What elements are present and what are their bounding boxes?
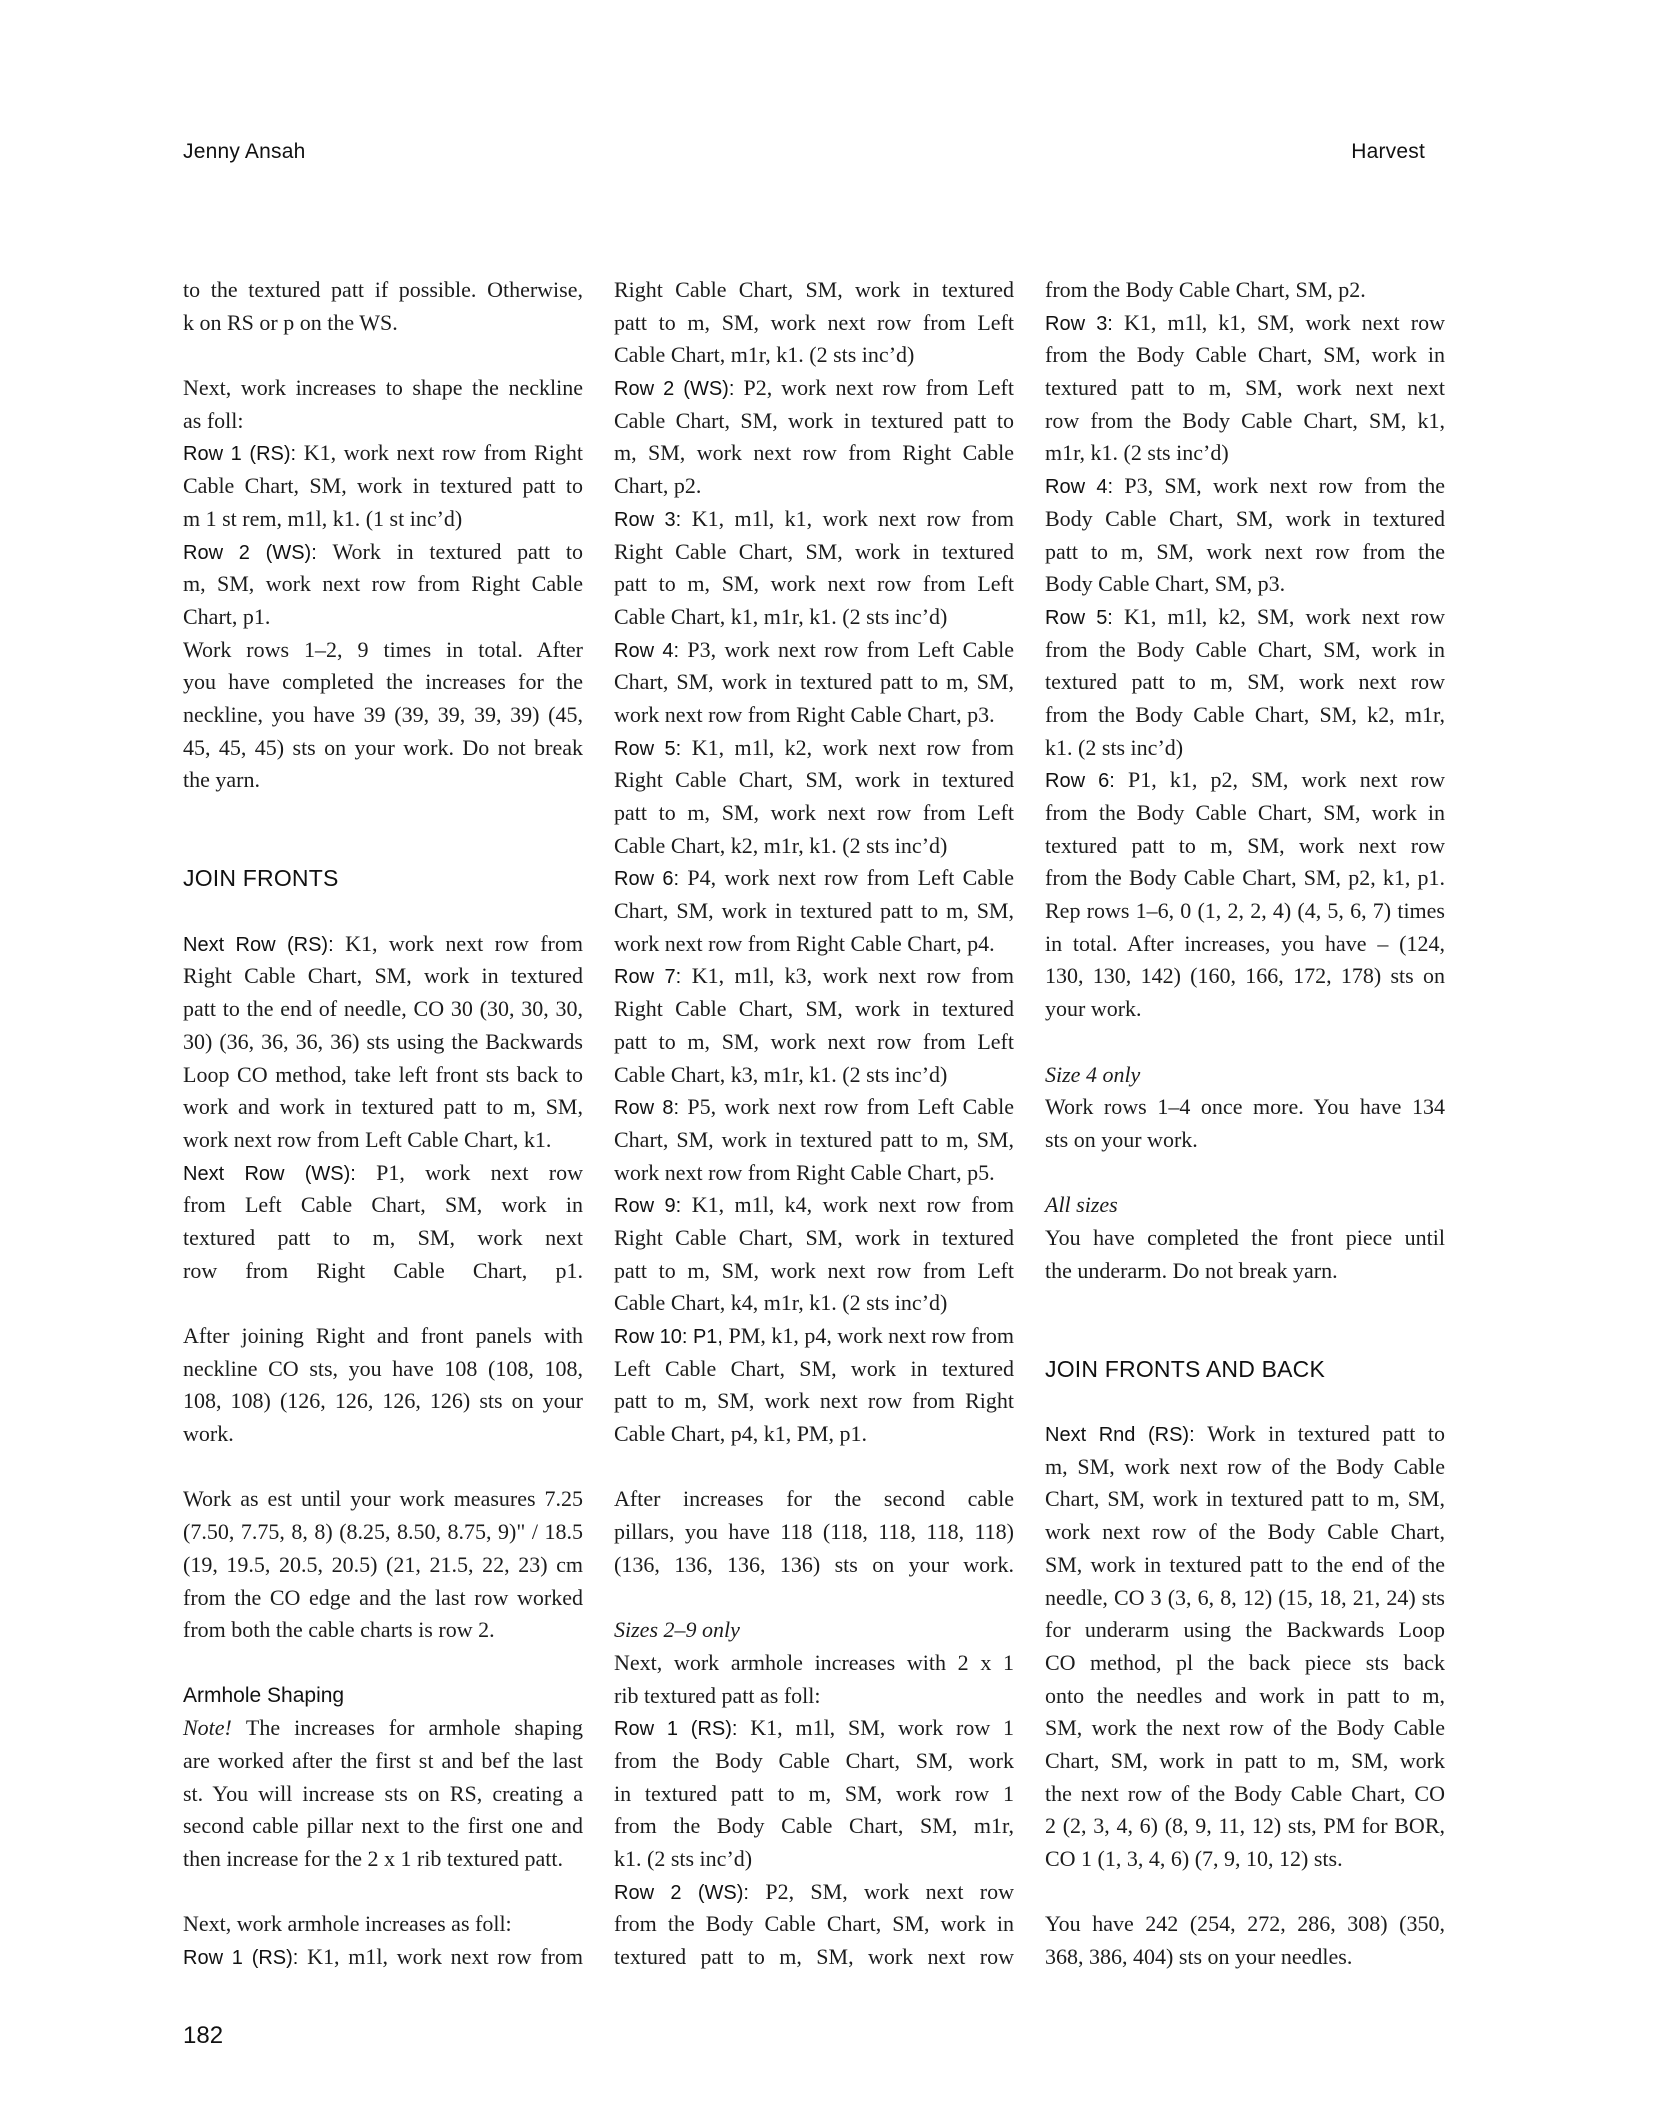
row-label: Row 3: [1045,313,1124,335]
paragraph: Work rows 1–4 once more. You have 134sts… [1045,1091,1445,1156]
text-line: Row 1 (RS): K1, m1l, SM, work row 1 [614,1712,1014,1745]
text-line: k1. (2 sts inc’d) [614,1843,1014,1876]
text-line: (7.50, 7.75, 8, 8) (8.25, 8.50, 8.75, 9)… [183,1516,583,1549]
text-line: onto the needles and work in patt to m, [1045,1680,1445,1713]
text-line: rib textured patt as foll: [614,1680,1014,1713]
row-label: Row 4: [1045,476,1124,498]
line-text: st. You will increase sts on RS, creatin… [183,1781,583,1806]
text-line: from the Body Cable Chart, SM, work in [614,1908,1014,1941]
text-line: 2 (2, 3, 4, 6) (8, 9, 11, 12) sts, PM fo… [1045,1810,1445,1843]
text-line: Left Cable Chart, SM, work in textured [614,1353,1014,1386]
line-text: Cable Chart, p4, k1, PM, p1. [614,1421,867,1446]
line-text: 368, 386, 404) sts on your needles. [1045,1944,1352,1969]
line-text: work next row from Right Cable Chart, p5… [614,1160,995,1185]
text-line: from the Body Cable Chart, SM, work in [1045,797,1445,830]
line-text: neckline CO sts, you have 108 (108, 108, [183,1356,583,1381]
line-text: CO 1 (1, 3, 4, 6) (7, 9, 10, 12) sts. [1045,1846,1343,1871]
text-line: patt to m, SM, work next row from Right [614,1385,1014,1418]
line-text: from Left Cable Chart, SM, work in [183,1192,583,1217]
text-line: You have 242 (254, 272, 286, 308) (350, [1045,1908,1445,1941]
line-text: (19, 19.5, 20.5, 20.5) (21, 21.5, 22, 23… [183,1552,583,1577]
text-line: patt to m, SM, work next row from Left [614,1255,1014,1288]
text-line: work next row from Right Cable Chart, p5… [614,1157,1014,1190]
text-line: from both the cable charts is row 2. [183,1614,583,1647]
text-line: are worked after the first st and bef th… [183,1745,583,1778]
text-line: the next row of the Body Cable Chart, CO [1045,1778,1445,1811]
instruction-row: Next Row (RS): K1, work next row fromRig… [183,928,583,1157]
row-label: Row 5: [1045,607,1124,629]
paragraph: Next, work increases to shape the neckli… [183,372,583,437]
text-column-right: from the Body Cable Chart, SM, p2.Row 3:… [1045,274,1445,1974]
text-line: from the Body Cable Chart, SM, p2, k1, p… [1045,862,1445,895]
text-line: Next Rnd (RS): Work in textured patt to [1045,1418,1445,1451]
line-text: work next row from Left Cable Chart, k1. [183,1127,551,1152]
instruction-row: Row 4: P3, SM, work next row from theBod… [1045,470,1445,601]
paragraph-spacer [1045,1876,1445,1909]
line-text: rib textured patt as foll: [614,1683,821,1708]
text-line: in textured patt to m, SM, work row 1 [614,1778,1014,1811]
row-label: Row 8: [614,1097,687,1119]
row-label: Row 4: [614,640,687,662]
line-text: neckline, you have 39 (39, 39, 39, 39) (… [183,702,583,727]
size-note-heading: Sizes 2–9 only [614,1614,1014,1647]
text-line: pillars, you have 118 (118, 118, 118, 11… [614,1516,1014,1549]
line-text: from the Body Cable Chart, SM, work in [614,1911,1014,1936]
line-text: textured patt to m, SM, work next row [1045,669,1445,694]
line-text: from the Body Cable Chart, SM, p2. [1045,277,1366,302]
paragraph-spacer [614,1451,1014,1484]
text-line: Next, work increases to shape the neckli… [183,372,583,405]
text-line: patt to m, SM, work next row from Left [614,568,1014,601]
line-text: k on RS or p on the WS. [183,310,398,335]
text-line: work next row of the Body Cable Chart, [1045,1516,1445,1549]
line-text: work next row of the Body Cable Chart, [1045,1519,1445,1544]
text-line: textured patt to m, SM, work next row [1045,666,1445,699]
line-text: textured patt to m, SM, work next row [1045,833,1445,858]
size-note-heading: Size 4 only [1045,1059,1445,1092]
row-label: Next Row (WS): [183,1163,376,1185]
instruction-row: Next Row (WS): P1, work next rowfrom Lef… [183,1157,583,1288]
paragraph: You have 242 (254, 272, 286, 308) (350,3… [1045,1908,1445,1973]
instruction-row: Row 2 (WS): P2, work next row from LeftC… [614,372,1014,503]
row-label: Row 7: [614,966,692,988]
paragraph-spacer [614,1582,1014,1615]
text-column-left: to the textured patt if possible. Otherw… [183,274,583,1974]
text-line: Next, work armhole increases as foll: [183,1908,583,1941]
instruction-row: Row 2 (WS): P2, SM, work next rowfrom th… [614,1876,1014,1974]
paragraph-spacer [1045,1157,1445,1190]
line-text: to the textured patt if possible. Otherw… [183,277,583,302]
line-text: CO method, pl the back piece sts back [1045,1650,1445,1675]
text-line: the underarm. Do not break yarn. [1045,1255,1445,1288]
line-text: (136, 136, 136, 136) sts on your work. [614,1552,1014,1577]
text-line: Chart, SM, work in textured patt to m, S… [1045,1483,1445,1516]
text-line: Right Cable Chart, SM, work in textured [614,993,1014,1026]
text-line: Cable Chart, k2, m1r, k1. (2 sts inc’d) [614,830,1014,863]
row-label: Row 3: [614,509,692,531]
line-text: onto the needles and work in patt to m, [1045,1683,1445,1708]
line-text: 108, 108) (126, 126, 126, 126) sts on yo… [183,1388,583,1413]
line-text: from the Body Cable Chart, SM, m1r, [614,1813,1014,1838]
line-text: the next row of the Body Cable Chart, CO [1045,1781,1445,1806]
line-text: sts on your work. [1045,1127,1198,1152]
paragraph-spacer [1045,1320,1445,1353]
text-line: CO 1 (1, 3, 4, 6) (7, 9, 10, 12) sts. [1045,1843,1445,1876]
line-text: Cable Chart, k2, m1r, k1. (2 sts inc’d) [614,833,947,858]
line-text: then increase for the 2 x 1 rib textured… [183,1846,563,1871]
text-line: After increases for the second cable [614,1483,1014,1516]
text-line: 368, 386, 404) sts on your needles. [1045,1941,1445,1974]
instruction-row: Row 1 (RS): K1, work next row from Right… [183,437,583,535]
line-text: P1, k1, p2, SM, work next row [1128,767,1445,792]
text-line: textured patt to m, SM, work next next [1045,372,1445,405]
line-text: Right Cable Chart, SM, work in textured [614,1225,1014,1250]
text-line: CO method, pl the back piece sts back [1045,1647,1445,1680]
text-line: Row 7: K1, m1l, k3, work next row from [614,960,1014,993]
text-line: Loop CO method, take left front sts back… [183,1059,583,1092]
line-text: Next, work armhole increases as foll: [183,1911,512,1936]
line-text: Chart, p2. [614,473,701,498]
text-line: patt to m, SM, work next row from Left [614,307,1014,340]
text-line: as foll: [183,405,583,438]
row-label: Row 2 (WS): [614,378,743,400]
line-text: Right Cable Chart, SM, work in textured [614,277,1014,302]
text-line: needle, CO 3 (3, 6, 8, 12) (15, 18, 21, … [1045,1582,1445,1615]
paragraph: Next, work armhole increases as foll: [183,1908,583,1941]
line-text: Work in textured patt to [1207,1421,1445,1446]
line-text: patt to m, SM, work next row from Left [614,571,1014,596]
text-line: Row 3: K1, m1l, k1, SM, work next row [1045,307,1445,340]
text-line: k on RS or p on the WS. [183,307,583,340]
line-text: K1, m1l, k2, SM, work next row [1124,604,1445,629]
line-text: Right Cable Chart, SM, work in textured [614,996,1014,1021]
line-text: Chart, p1. [183,604,270,629]
paragraph-spacer [183,797,583,830]
text-line: you have completed the increases for the [183,666,583,699]
text-line: Right Cable Chart, SM, work in textured [614,274,1014,307]
line-text: from the Body Cable Chart, SM, work in [1045,800,1445,825]
line-text: patt to m, SM, work next row from the [1045,539,1445,564]
paragraph: After joining Right and front panels wit… [183,1320,583,1451]
row-label: Row 1 (RS): [614,1718,750,1740]
line-text: You have 242 (254, 272, 286, 308) (350, [1045,1911,1445,1936]
line-text: textured patt to m, SM, work next next [1045,375,1445,400]
text-line: m1r, k1. (2 sts inc’d) [1045,437,1445,470]
text-line: m, SM, work next row of the Body Cable [1045,1451,1445,1484]
line-text: Cable Chart, k4, m1r, k1. (2 sts inc’d) [614,1290,947,1315]
line-text: m, SM, work next row from Right Cable [614,440,1014,465]
running-header-author: Jenny Ansah [183,140,305,164]
row-label: Row 1 (RS): [183,443,304,465]
line-text: m, SM, work next row from Right Cable [183,571,583,596]
text-line: Work rows 1–4 once more. You have 134 [1045,1091,1445,1124]
note-label: Note! [183,1715,246,1740]
text-line: Cable Chart, m1r, k1. (2 sts inc’d) [614,339,1014,372]
text-line: from the Body Cable Chart, SM, k2, m1r, [1045,699,1445,732]
text-line: Chart, SM, work in textured patt to m, S… [614,895,1014,928]
line-text: Chart, SM, work in textured patt to m, S… [614,669,1014,694]
text-line: m 1 st rem, m1l, k1. (1 st inc’d) [183,503,583,536]
text-line: Row 2 (WS): P2, work next row from Left [614,372,1014,405]
text-line: Right Cable Chart, SM, work in textured [614,1222,1014,1255]
line-text: as foll: [183,408,244,433]
text-line: Row 1 (RS): K1, m1l, work next row from [183,1941,583,1974]
line-text: you have completed the increases for the [183,669,583,694]
line-text: Next, work armhole increases with 2 x 1 [614,1650,1014,1675]
instruction-row: Row 1 (RS): K1, m1l, work next row from [183,1941,583,1974]
text-line: Chart, p2. [614,470,1014,503]
paragraph-spacer [183,1287,583,1320]
text-line: from the Body Cable Chart, SM, work [614,1745,1014,1778]
row-label: Next Row (RS): [183,934,345,956]
instruction-row: Row 5: K1, m1l, k2, work next row fromRi… [614,732,1014,863]
line-text: Work as est until your work measures 7.2… [183,1486,583,1511]
line-text: patt to m, SM, work next row from Right [614,1388,1014,1413]
text-line: work. [183,1418,583,1451]
text-line: Row 1 (RS): K1, work next row from Right [183,437,583,470]
text-line: row from the Body Cable Chart, SM, k1, [1045,405,1445,438]
text-line: Row 6: P1, k1, p2, SM, work next row [1045,764,1445,797]
text-line: 108, 108) (126, 126, 126, 126) sts on yo… [183,1385,583,1418]
row-label: Row 1 (RS): [183,1947,307,1969]
text-line: Chart, p1. [183,601,583,634]
paragraph: You have completed the front piece until… [1045,1222,1445,1287]
instruction-row: Next Rnd (RS): Work in textured patt tom… [1045,1418,1445,1876]
text-line: m, SM, work next row from Right Cable [614,437,1014,470]
text-line: Row 9: K1, m1l, k4, work next row from [614,1189,1014,1222]
line-text: Right Cable Chart, SM, work in textured [614,767,1014,792]
paragraph: Right Cable Chart, SM, work in texturedp… [614,274,1014,372]
instruction-row: Row 6: P1, k1, p2, SM, work next rowfrom… [1045,764,1445,1026]
text-line: work next row from Right Cable Chart, p4… [614,928,1014,961]
row-label: Row 9: [614,1195,692,1217]
paragraph-spacer [183,1451,583,1484]
text-line: Cable Chart, SM, work in textured patt t… [614,405,1014,438]
text-line: Body Cable Chart, SM, p3. [1045,568,1445,601]
text-line: patt to the end of needle, CO 30 (30, 30… [183,993,583,1026]
line-text: the yarn. [183,767,260,792]
page-number: 182 [183,2022,223,2050]
row-label: Next Rnd (RS): [1045,1424,1207,1446]
line-text: the underarm. Do not break yarn. [1045,1258,1338,1283]
text-line: k1. (2 sts inc’d) [1045,732,1445,765]
line-text: your work. [1045,996,1142,1021]
line-text: P5, work next row from Left Cable [687,1094,1014,1119]
line-text: 45, 45, 45) sts on your work. Do not bre… [183,735,583,760]
instruction-row: Row 6: P4, work next row from Left Cable… [614,862,1014,960]
text-line: from Left Cable Chart, SM, work in [183,1189,583,1222]
text-line: Cable Chart, p4, k1, PM, p1. [614,1418,1014,1451]
text-line: Row 8: P5, work next row from Left Cable [614,1091,1014,1124]
text-line: Row 2 (WS): Work in textured patt to [183,536,583,569]
line-text: K1, m1l, SM, work row 1 [750,1715,1014,1740]
line-text: patt to m, SM, work next row from Left [614,800,1014,825]
paragraph: Work rows 1–2, 9 times in total. Afteryo… [183,634,583,797]
text-line: Cable Chart, k1, m1r, k1. (2 sts inc’d) [614,601,1014,634]
line-text: Body Cable Chart, SM, work in textured [1045,506,1445,531]
instruction-row: Row 9: K1, m1l, k4, work next row fromRi… [614,1189,1014,1320]
line-text: P2, work next row from Left [743,375,1014,400]
instruction-row: Row 1 (RS): K1, m1l, SM, work row 1from … [614,1712,1014,1875]
text-line: Row 2 (WS): P2, SM, work next row [614,1876,1014,1909]
paragraph-spacer [1045,1385,1445,1418]
line-text: SM, work in textured patt to the end of … [1045,1552,1445,1577]
instruction-row: Row 10: P1, PM, k1, p4, work next row fr… [614,1320,1014,1451]
line-text: work. [183,1421,234,1446]
row-label: Row 10: P1, [614,1326,729,1348]
text-line: Note! The increases for armhole shaping [183,1712,583,1745]
text-line: Right Cable Chart, SM, work in textured [614,764,1014,797]
line-text: textured patt to m, SM, work next [183,1225,583,1250]
text-line: You have completed the front piece until [1045,1222,1445,1255]
line-text: P3, work next row from Left Cable [687,637,1014,662]
line-text: 130, 130, 142) (160, 166, 172, 178) sts … [1045,963,1445,988]
size-note-heading: All sizes [1045,1189,1445,1222]
text-line: Work rows 1–2, 9 times in total. After [183,634,583,667]
text-line: row from Right Cable Chart, p1. [183,1255,583,1288]
text-line: from the Body Cable Chart, SM, m1r, [614,1810,1014,1843]
text-line: work and work in textured patt to m, SM, [183,1091,583,1124]
line-text: second cable pillar next to the first on… [183,1813,583,1838]
text-line: Rep rows 1–6, 0 (1, 2, 2, 4) (4, 5, 6, 7… [1045,895,1445,928]
text-line: Row 5: K1, m1l, k2, work next row from [614,732,1014,765]
text-line: textured patt to m, SM, work next row [1045,830,1445,863]
line-text: K1, m1l, work next row from [307,1944,583,1969]
line-text: PM, k1, p4, work next row from [729,1323,1014,1348]
text-line: Chart, SM, work in patt to m, SM, work [1045,1745,1445,1778]
line-text: Cable Chart, k1, m1r, k1. (2 sts inc’d) [614,604,947,629]
paragraph-spacer [1045,1287,1445,1320]
text-line: Row 3: K1, m1l, k1, work next row from [614,503,1014,536]
text-line: 45, 45, 45) sts on your work. Do not bre… [183,732,583,765]
line-text: work next row from Right Cable Chart, p4… [614,931,995,956]
text-line: work next row from Left Cable Chart, k1. [183,1124,583,1157]
line-text: Right Cable Chart, SM, work in textured [183,963,583,988]
line-text: K1, m1l, k1, work next row from [692,506,1014,531]
line-text: Cable Chart, SM, work in textured patt t… [614,408,1014,433]
line-text: k1. (2 sts inc’d) [614,1846,752,1871]
line-text: Chart, SM, work in textured patt to m, S… [614,1127,1014,1152]
paragraph-spacer [183,1647,583,1680]
line-text: Work rows 1–4 once more. You have 134 [1045,1094,1445,1119]
paragraph: to the textured patt if possible. Otherw… [183,274,583,339]
text-line: 30) (36, 36, 36, 36) sts using the Backw… [183,1026,583,1059]
text-line: in total. After increases, you have – (1… [1045,928,1445,961]
line-text: Work rows 1–2, 9 times in total. After [183,637,583,662]
text-line: Chart, SM, work in textured patt to m, S… [614,666,1014,699]
line-text: from the Body Cable Chart, SM, p2, k1, p… [1045,865,1445,890]
line-text: K1, work next row from [345,931,583,956]
line-text: You have completed the front piece until [1045,1225,1445,1250]
line-text: K1, m1l, k4, work next row from [692,1192,1014,1217]
text-line: for underarm using the Backwards Loop [1045,1614,1445,1647]
paragraph: After increases for the second cablepill… [614,1483,1014,1581]
line-text: K1, m1l, k3, work next row from [692,963,1014,988]
running-header-pattern-title: Harvest [1351,140,1425,164]
text-line: second cable pillar next to the first on… [183,1810,583,1843]
text-line: Row 4: P3, work next row from Left Cable [614,634,1014,667]
line-text: from the CO edge and the last row worked [183,1585,583,1610]
section-heading: JOIN FRONTS [183,862,583,895]
text-line: sts on your work. [1045,1124,1445,1157]
line-text: Cable Chart, k3, m1r, k1. (2 sts inc’d) [614,1062,947,1087]
paragraph: Next, work armhole increases with 2 x 1r… [614,1647,1014,1712]
line-text: After increases for the second cable [614,1486,1014,1511]
text-line: textured patt to m, SM, work next [183,1222,583,1255]
line-text: (7.50, 7.75, 8, 8) (8.25, 8.50, 8.75, 9)… [183,1519,583,1544]
instruction-row: Row 5: K1, m1l, k2, SM, work next rowfro… [1045,601,1445,764]
text-line: textured patt to m, SM, work next row [614,1941,1014,1974]
line-text: Chart, SM, work in textured patt to m, S… [1045,1486,1445,1511]
row-label: Row 2 (WS): [614,1882,765,1904]
line-text: needle, CO 3 (3, 6, 8, 12) (15, 18, 21, … [1045,1585,1445,1610]
text-line: patt to m, SM, work next row from Left [614,1026,1014,1059]
instruction-row: Row 7: K1, m1l, k3, work next row fromRi… [614,960,1014,1091]
text-line: from the Body Cable Chart, SM, work in [1045,634,1445,667]
text-line: SM, work in textured patt to the end of … [1045,1549,1445,1582]
paragraph-spacer [183,895,583,928]
paragraph-spacer [1045,1026,1445,1059]
line-text: K1, m1l, k2, work next row from [692,735,1014,760]
line-text: Next, work increases to shape the neckli… [183,375,583,400]
line-text: SM, work the next row of the Body Cable [1045,1715,1445,1740]
text-line: neckline CO sts, you have 108 (108, 108, [183,1353,583,1386]
text-line: the yarn. [183,764,583,797]
row-label: Row 2 (WS): [183,542,333,564]
text-line: your work. [1045,993,1445,1026]
line-text: row from the Body Cable Chart, SM, k1, [1045,408,1445,433]
instruction-row: Row 3: K1, m1l, k1, SM, work next rowfro… [1045,307,1445,470]
text-line: Right Cable Chart, SM, work in textured [183,960,583,993]
line-text: P3, SM, work next row from the [1124,473,1445,498]
line-text: patt to m, SM, work next row from Left [614,310,1014,335]
line-text: K1, work next row from Right [304,440,583,465]
text-line: Next Row (WS): P1, work next row [183,1157,583,1190]
line-text: patt to m, SM, work next row from Left [614,1258,1014,1283]
line-text: from the Body Cable Chart, SM, work in [1045,637,1445,662]
text-line: (136, 136, 136, 136) sts on your work. [614,1549,1014,1582]
section-heading: JOIN FRONTS AND BACK [1045,1353,1445,1386]
text-line: Cable Chart, k4, m1r, k1. (2 sts inc’d) [614,1287,1014,1320]
row-label: Row 6: [1045,770,1128,792]
text-line: then increase for the 2 x 1 rib textured… [183,1843,583,1876]
text-line: Cable Chart, k3, m1r, k1. (2 sts inc’d) [614,1059,1014,1092]
instruction-row: Row 3: K1, m1l, k1, work next row fromRi… [614,503,1014,634]
text-column-middle: Right Cable Chart, SM, work in texturedp… [614,274,1014,1974]
instruction-row: Row 2 (WS): Work in textured patt tom, S… [183,536,583,634]
line-text: textured patt to m, SM, work next row [614,1944,1014,1969]
text-line: work next row from Right Cable Chart, p3… [614,699,1014,732]
paragraph: Work as est until your work measures 7.2… [183,1483,583,1646]
line-text: patt to the end of needle, CO 30 (30, 30… [183,996,583,1021]
line-text: After joining Right and front panels wit… [183,1323,583,1348]
line-text: from the Body Cable Chart, SM, work in [1045,342,1445,367]
text-line: Row 5: K1, m1l, k2, SM, work next row [1045,601,1445,634]
text-line: Next, work armhole increases with 2 x 1 [614,1647,1014,1680]
text-line: After joining Right and front panels wit… [183,1320,583,1353]
line-text: Cable Chart, SM, work in textured patt t… [183,473,583,498]
line-text: in total. After increases, you have – (1… [1045,931,1445,956]
text-line: Work as est until your work measures 7.2… [183,1483,583,1516]
line-text: m 1 st rem, m1l, k1. (1 st inc’d) [183,506,462,531]
row-label: Row 6: [614,868,687,890]
line-text: Chart, SM, work in textured patt to m, S… [614,898,1014,923]
line-text: from the Body Cable Chart, SM, k2, m1r, [1045,702,1445,727]
line-text: Left Cable Chart, SM, work in textured [614,1356,1014,1381]
paragraph: from the Body Cable Chart, SM, p2. [1045,274,1445,307]
line-text: K1, m1l, k1, SM, work next row [1124,310,1445,335]
line-text: from both the cable charts is row 2. [183,1617,495,1642]
